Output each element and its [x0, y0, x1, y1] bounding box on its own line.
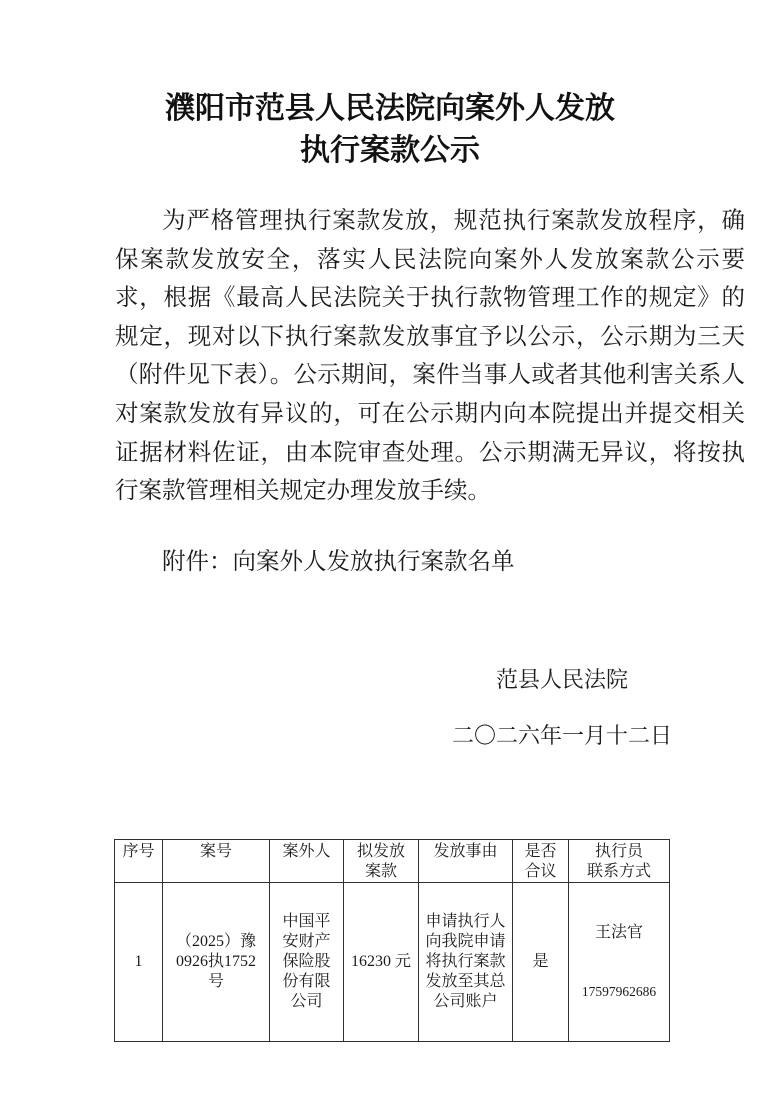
- table-row: 1 （2025）豫 0926执1752 号 中国平 安财产 保险股 份有限 公司…: [115, 883, 670, 1042]
- column-header-panel: 是否 合议: [513, 840, 569, 883]
- case-funds-table: 序号 案号 案外人 拟发放 案款 发放事由 是否 合议 执行员 联系方式 1 （…: [114, 839, 670, 1042]
- cell-case-no: （2025）豫 0926执1752 号: [163, 883, 270, 1042]
- column-header-outsider: 案外人: [270, 840, 344, 883]
- executor-name: 王法官: [573, 923, 665, 943]
- cell-outsider: 中国平 安财产 保险股 份有限 公司: [270, 883, 344, 1042]
- cell-executor: 王法官 17597962686: [569, 883, 670, 1042]
- column-header-amount: 拟发放 案款: [344, 840, 419, 883]
- title-line-1: 濮阳市范县人民法院向案外人发放: [0, 88, 780, 130]
- column-header-executor: 执行员 联系方式: [569, 840, 670, 883]
- document-date: 二〇二六年一月十二日: [452, 717, 672, 755]
- document-page: 濮阳市范县人民法院向案外人发放 执行案款公示 为严格管理执行案款发放，规范执行案…: [0, 0, 780, 1103]
- table-header-row: 序号 案号 案外人 拟发放 案款 发放事由 是否 合议 执行员 联系方式: [115, 840, 670, 883]
- cell-reason: 申请执行人 向我院申请 将执行案款 发放至其总 公司账户: [419, 883, 513, 1042]
- column-header-seq: 序号: [115, 840, 163, 883]
- executor-phone: 17597962686: [573, 983, 665, 1001]
- title-line-2: 执行案款公示: [0, 130, 780, 172]
- cell-panel: 是: [513, 883, 569, 1042]
- body-paragraph: 为严格管理执行案款发放，规范执行案款发放程序，确保案款发放安全，落实人民法院向案…: [115, 202, 745, 511]
- column-header-reason: 发放事由: [419, 840, 513, 883]
- column-header-case-no: 案号: [163, 840, 270, 883]
- document-title: 濮阳市范县人民法院向案外人发放 执行案款公示: [0, 88, 780, 172]
- attachment-line: 附件：向案外人发放执行案款名单: [115, 543, 745, 582]
- signature-block: 范县人民法院 二〇二六年一月十二日: [452, 661, 672, 755]
- cell-amount: 16230 元: [344, 883, 419, 1042]
- cell-seq: 1: [115, 883, 163, 1042]
- court-name: 范县人民法院: [452, 661, 672, 699]
